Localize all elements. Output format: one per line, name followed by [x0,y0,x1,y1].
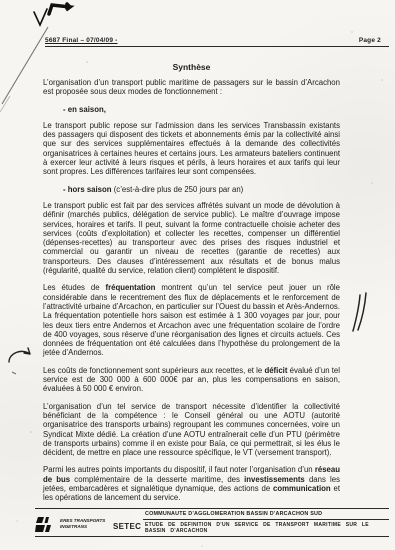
double-stroke-margin-mark [353,295,360,331]
diagonal-crease-line [0,96,10,112]
logo-line-2: INGETRANS [60,524,105,530]
paragraph: Le transport public repose sur l’admissi… [43,121,340,177]
text-segment: Parmi les autres points importants du di… [43,465,315,474]
list-item: - hors saison (c’est-à-dire plus de 250 … [63,185,340,194]
footer-titles: COMMUNAUTE D’AGGLOMERATION BASSIN D’ARCA… [143,509,389,536]
curved-arrow-margin-mark [9,348,30,362]
text-segment: Les études de [43,283,106,292]
ingetrans-logo-icon [35,516,57,533]
handwritten-arrow-icon [49,4,70,14]
footer-logo-text: ERES TRANSPORTS INGETRANS [60,518,105,529]
scan-speck [371,182,373,184]
text-segment: - hors saison [63,185,112,194]
paragraph: Le transport public est fait par des ser… [43,201,340,275]
text-segment: - en saison, [63,105,106,114]
double-stroke-margin-mark [358,293,366,330]
scanned-document-page: 5687 Final – 07/04/09 - Page 2 Synthèse … [0,0,395,550]
study-title: ETUDE DE DEFINITION D’UN SERVICE DE TRAN… [143,520,389,535]
page-header: 5687 Final – 07/04/09 - Page 2 [45,37,389,47]
text-segment: (c’est-à-dire plus de 250 jours par an) [112,185,244,194]
text-segment: Les coûts de fonctionnement sont supérie… [43,366,264,375]
scan-speck [201,545,203,547]
paragraph: L’organisation d’un tel service de trans… [43,402,340,458]
scan-speck [381,79,383,81]
text-segment: communication [273,484,331,493]
paragraph: Les études de fréquentation montrent qu’… [43,283,340,357]
document-title: Synthèse [43,62,340,72]
setec-label: SETEC [113,509,143,536]
text-segment: Le transport public repose sur l’admissi… [43,121,340,176]
document-reference: 5687 Final – 07/04/09 - [45,37,118,44]
paragraph: L’organisation d’un transport public mar… [43,78,340,97]
text-segment: L’organisation d’un transport public mar… [43,78,340,96]
diagonal-crease-line [2,27,48,104]
text-segment: déficit [264,366,287,375]
text-segment: Le transport public est fait par des ser… [43,201,340,275]
paragraph: Les coûts de fonctionnement sont supérie… [43,366,340,394]
text-segment: investissements [244,475,305,484]
text-segment: L’organisation d’un tel service de trans… [43,402,340,457]
scan-speck [16,520,18,522]
list-item: - en saison, [63,105,340,114]
page-number-label: Page 2 [359,37,381,44]
text-segment: montrent qu’un tel service peut jouer un… [43,283,340,357]
text-segment: complémentaire de la desserte maritime, … [70,475,244,484]
document-body: L’organisation d’un transport public mar… [43,78,340,511]
text-segment: fréquentation [106,283,156,292]
scan-speck [351,31,353,33]
paragraph: Parmi les autres points importants du di… [43,465,340,502]
curved-arrow-margin-mark [12,372,16,374]
handwritten-checkmark-icon [34,9,47,25]
client-name: COMMUNAUTE D’AGGLOMERATION BASSIN D’ARCA… [143,509,389,520]
scan-speck [30,431,32,433]
page-footer: ERES TRANSPORTS INGETRANS SETEC COMMUNAU… [35,508,389,537]
footer-logo-block: ERES TRANSPORTS INGETRANS [35,509,113,536]
